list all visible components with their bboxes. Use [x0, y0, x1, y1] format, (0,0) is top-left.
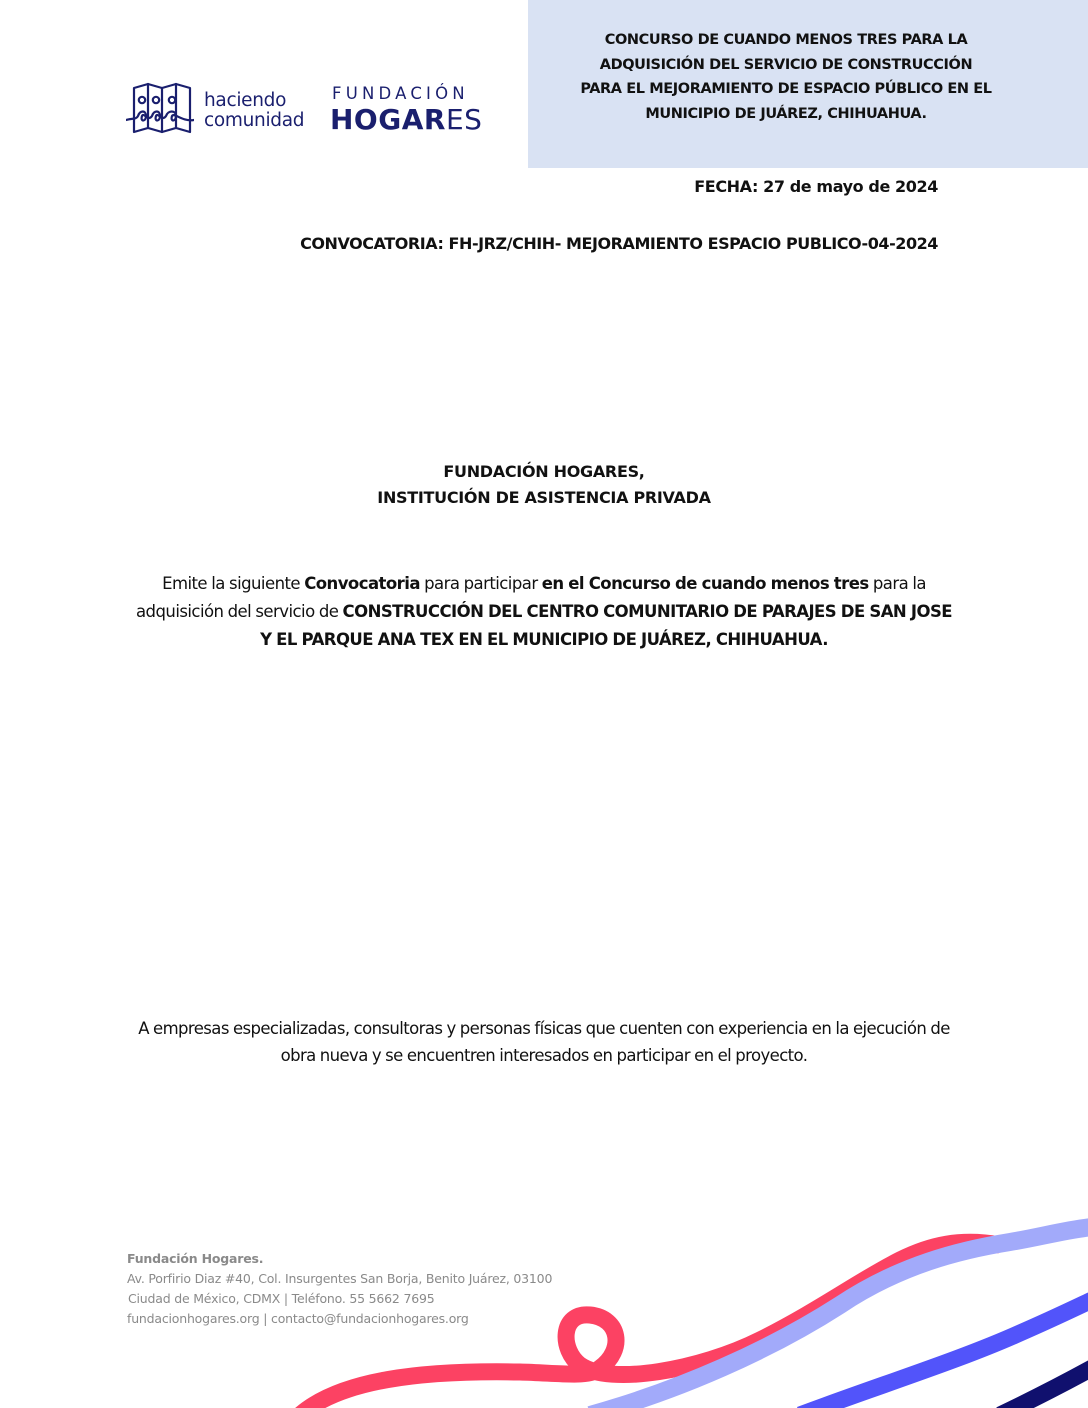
ribbon-light-blue — [590, 1227, 1088, 1408]
institution-line: INSTITUCIÓN DE ASISTENCIA PRIVADA — [0, 485, 1088, 511]
convocatoria-paragraph: Emite la siguiente Convocatoria para par… — [130, 570, 958, 654]
hogares-regular: ES — [446, 103, 482, 136]
text-run-bold: Convocatoria — [304, 574, 420, 593]
hogares-logo-text: HOGARES — [330, 104, 482, 136]
convocatoria-id: CONVOCATORIA: FH-JRZ/CHIH- MEJORAMIENTO … — [300, 234, 938, 253]
decorative-ribbons — [0, 1200, 1088, 1408]
logo-text-line: comunidad — [204, 111, 304, 131]
text-run-bold: en el Concurso de cuando menos tres — [542, 574, 869, 593]
institution-heading: FUNDACIÓN HOGARES, INSTITUCIÓN DE ASISTE… — [0, 459, 1088, 511]
header-title-line: PARA EL MEJORAMIENTO DE ESPACIO PÚBLICO … — [528, 77, 1044, 102]
text-run: Emite la siguiente — [162, 574, 304, 593]
logo-text-line: haciendo — [204, 91, 304, 111]
institution-line: FUNDACIÓN HOGARES, — [0, 459, 1088, 485]
document-date: FECHA: 27 de mayo de 2024 — [694, 177, 938, 196]
text-run-bold: CONSTRUCCIÓN DEL CENTRO COMUNITARIO DE P… — [260, 602, 952, 649]
header-title-line: CONCURSO DE CUANDO MENOS TRES PARA LA — [528, 28, 1044, 53]
header-title-line: MUNICIPIO DE JUÁREZ, CHIHUAHUA. — [528, 102, 1044, 127]
fundacion-logo-text: FUNDACIÓN — [332, 84, 469, 103]
header-title: CONCURSO DE CUANDO MENOS TRES PARA LA AD… — [528, 28, 1044, 126]
haciendo-comunidad-logo-text: haciendo comunidad — [204, 91, 304, 131]
folded-map-people-icon — [126, 82, 194, 138]
ribbon-navy — [1000, 1368, 1088, 1408]
audience-paragraph: A empresas especializadas, consultoras y… — [130, 1015, 958, 1069]
header-title-line: ADQUISICIÓN DEL SERVICIO DE CONSTRUCCIÓN — [528, 53, 1044, 78]
text-run: para participar — [420, 574, 542, 593]
hogares-bold: HOGAR — [330, 103, 446, 136]
